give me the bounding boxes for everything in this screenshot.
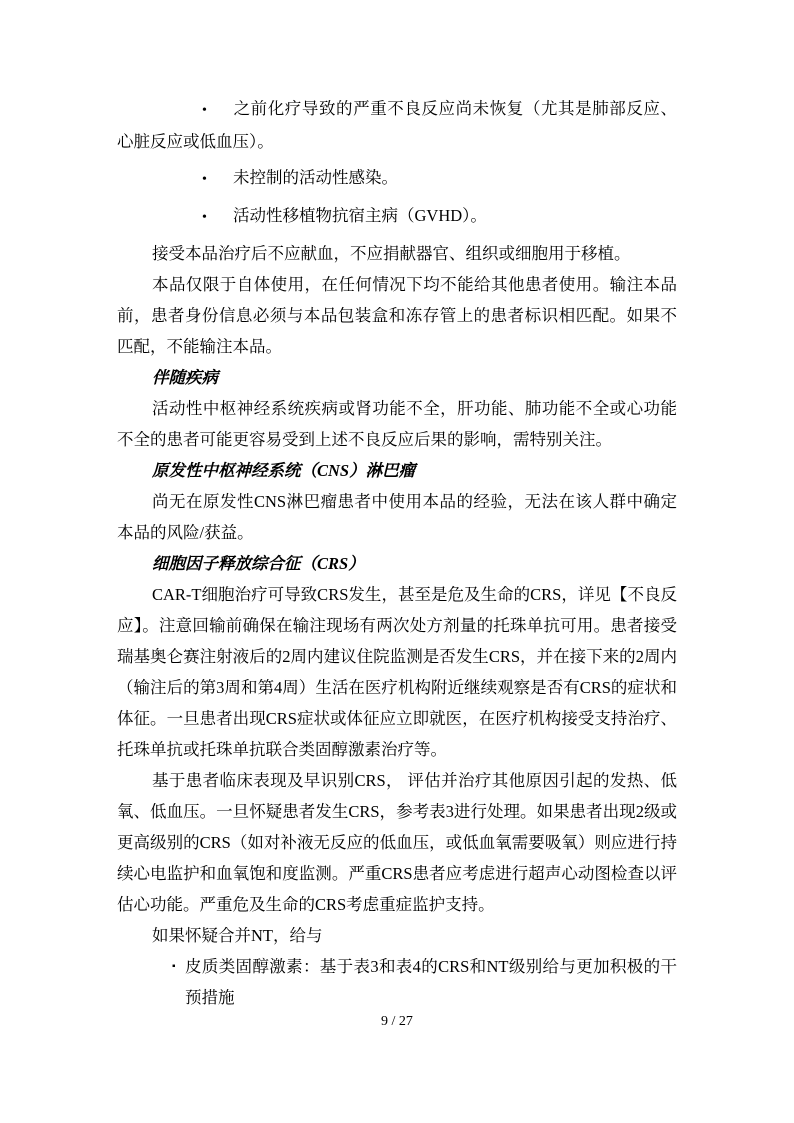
bullet-icon: • [202, 164, 233, 195]
bullet-icon: • [202, 95, 233, 126]
heading-comorbidity: 伴随疾病 [152, 362, 677, 393]
heading-crs: 细胞因子释放综合征（CRS） [152, 548, 677, 579]
paragraph-nt-intro: 如果怀疑合并NT，给与 [117, 920, 677, 951]
page-body: •之前化疗导致的严重不良反应尚未恢复（尤其是肺部反应、心脏反应或低血压）。 •未… [117, 88, 677, 1013]
list-item-text: 活动性移植物抗宿主病（GVHD）。 [233, 206, 487, 225]
bullet-icon: • [202, 202, 233, 233]
paragraph-cns-lymphoma: 尚无在原发性CNS淋巴瘤患者中使用本品的经验，无法在该人群中确定本品的风险/获益… [117, 486, 677, 548]
heading-primary-cns-lymphoma: 原发性中枢神经系统（CNS）淋巴瘤 [152, 455, 677, 486]
paragraph-crs-management: 基于患者临床表现及早识别CRS， 评估并治疗其他原因引起的发热、低氧、低血压。一… [117, 765, 677, 920]
document-page: •之前化疗导致的严重不良反应尚未恢复（尤其是肺部反应、心脏反应或低血压）。 •未… [0, 0, 794, 1123]
paragraph-autologous-use: 本品仅限于自体使用，在任何情况下均不能给其他患者使用。输注本品前，患者身份信息必… [117, 269, 677, 362]
square-bullet-icon: ▪ [172, 951, 176, 982]
paragraph-comorbidity: 活动性中枢神经系统疾病或肾功能不全，肝功能、肺功能不全或心功能不全的患者可能更容… [117, 393, 677, 455]
nt-bullet-list: ▪皮质类固醇激素：基于表3和表4的CRS和NT级别给与更加积极的干预措施 [117, 951, 677, 1013]
list-item-text: 之前化疗导致的严重不良反应尚未恢复（尤其是肺部反应、心脏反应或低血压）。 [117, 99, 677, 151]
list-item-text: 未控制的活动性感染。 [233, 168, 398, 187]
list-item: •之前化疗导致的严重不良反应尚未恢复（尤其是肺部反应、心脏反应或低血压）。 [117, 93, 677, 157]
page-footer: 9 / 27 [0, 1012, 794, 1032]
list-item: ▪皮质类固醇激素：基于表3和表4的CRS和NT级别给与更加积极的干预措施 [117, 951, 677, 1013]
list-item-text: 皮质类固醇激素：基于表3和表4的CRS和NT级别给与更加积极的干预措施 [185, 957, 677, 1007]
page-number: 9 / 27 [381, 1014, 413, 1029]
paragraph-crs-monitoring: CAR-T细胞治疗可导致CRS发生，甚至是危及生命的CRS，详见【不良反应】。注… [117, 579, 677, 765]
contraindication-bullet-list: •之前化疗导致的严重不良反应尚未恢复（尤其是肺部反应、心脏反应或低血压）。 •未… [117, 93, 677, 233]
list-item: •未控制的活动性感染。 [117, 162, 677, 195]
paragraph-no-donation: 接受本品治疗后不应献血，不应捐献器官、组织或细胞用于移植。 [117, 238, 677, 269]
list-item: •活动性移植物抗宿主病（GVHD）。 [117, 200, 677, 233]
